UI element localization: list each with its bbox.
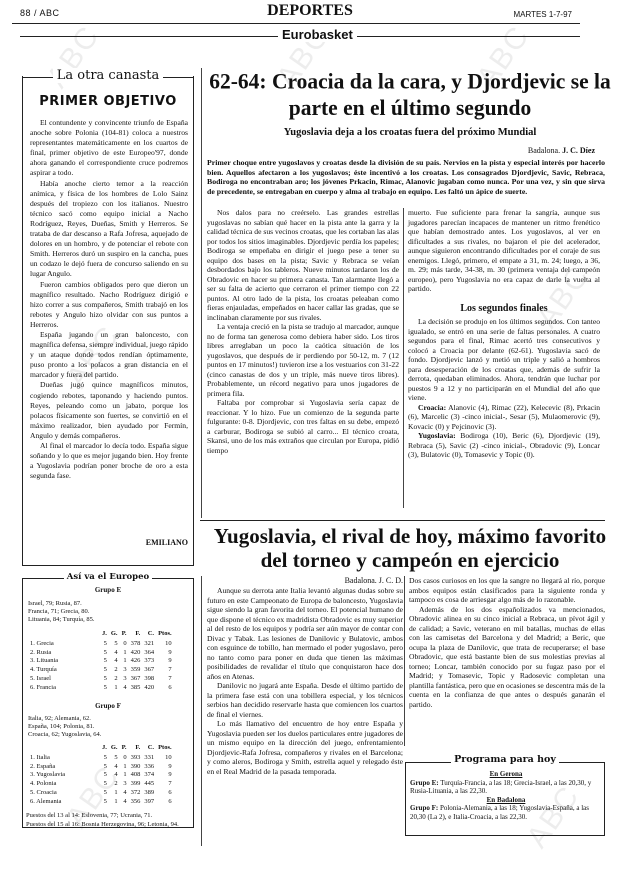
column-header: G.: [109, 744, 120, 754]
standings-table: J. G. P. F. C. Ptos. 1. Grecia5503783211…: [28, 630, 174, 692]
cell: 389: [142, 789, 156, 798]
opinion-headline: PRIMER OBJETIVO: [22, 94, 194, 109]
group-title: Grupo F: [22, 702, 194, 710]
footnote: Puestos del 13 al 14: Eslovenia, 77; Ucr…: [26, 811, 194, 820]
cell: 426: [129, 657, 143, 666]
table-row: 1. Grecia55037832110: [28, 640, 174, 649]
cell: 2: [109, 780, 120, 789]
cell: 7: [156, 666, 174, 675]
table-row: 6. Alemania5143563976: [28, 798, 174, 807]
cell: 420: [142, 684, 156, 693]
article-column-2: Dos casos curiosos en los que la sangre …: [409, 576, 605, 709]
cell: 5: [100, 649, 109, 658]
table-row: 1. Italia55039333110: [28, 754, 174, 763]
cell: 367: [129, 675, 143, 684]
cell: 364: [142, 649, 156, 658]
team-cell: 3. Lituania: [28, 657, 100, 666]
cell: 9: [156, 771, 174, 780]
standings-footnotes: Puestos del 13 al 14: Eslovenia, 77; Ucr…: [26, 811, 194, 829]
cell: 5: [109, 754, 120, 763]
article-column-1: Nos dalos para no creérselo. Las grandes…: [207, 208, 399, 455]
cell: 0: [120, 754, 129, 763]
article-paragraph: Aunque su derrota ante Italia levantó al…: [207, 586, 403, 681]
subsection-bar: Eurobasket: [20, 27, 580, 43]
table-row: 5. Israel5233673987: [28, 675, 174, 684]
program-group: Grupo E:: [410, 779, 439, 787]
team-cell: 4. Polonia: [28, 780, 100, 789]
standings-table: J. G. P. F. C. Ptos. 1. Italia5503933311…: [28, 744, 174, 806]
cell: 5: [100, 798, 109, 807]
opinion-paragraph: Había anoche cierto temor a la reacción …: [30, 179, 188, 280]
program-title-text: Programa para hoy: [451, 754, 559, 765]
column-header: F.: [129, 630, 143, 640]
cell: 1: [120, 649, 129, 658]
result-line: Croacia, 62; Yugoslavia, 64.: [28, 731, 194, 739]
column-header: [28, 630, 100, 640]
table-row: 4. Turquía5233593677: [28, 666, 174, 675]
table-row: 2. Rusia5414203649: [28, 649, 174, 658]
column-header: Ptos.: [156, 744, 174, 754]
article-paragraph: La ventaja creció en la pista se tradujo…: [207, 322, 399, 398]
table-header-row: J. G. P. F. C. Ptos.: [28, 744, 174, 754]
cell: 390: [129, 763, 143, 772]
table-header-row: J. G. P. F. C. Ptos.: [28, 630, 174, 640]
cell: 397: [142, 798, 156, 807]
cell: 5: [100, 666, 109, 675]
program-group: Grupo F:: [410, 804, 438, 812]
column-rule: [404, 576, 405, 746]
standings-title-text: Así va el Europeo: [64, 572, 152, 582]
article-lead: Primer choque entre yugoslavos y croatas…: [207, 158, 605, 196]
group-title: Grupo E: [22, 586, 194, 594]
column-header: [28, 744, 100, 754]
column-header: C.: [142, 744, 156, 754]
opinion-paragraph: España jugando un gran baloncesto, con m…: [30, 330, 188, 380]
cell: 5: [100, 640, 109, 649]
article-subheadline: Yugoslavia deja a los croatas fuera del …: [200, 127, 620, 138]
article-paragraph: Dos casos curiosos en los que la sangre …: [409, 576, 605, 605]
lineup-label: Croacia:: [418, 403, 446, 412]
cell: 9: [156, 763, 174, 772]
cell: 2: [109, 666, 120, 675]
article-headline: 62-64: Croacia da la cara, y Djordjevic …: [200, 69, 620, 122]
cell: 7: [156, 675, 174, 684]
cell: 5: [100, 780, 109, 789]
cell: 374: [142, 771, 156, 780]
opinion-paragraph: Dueñas jugó quince magníficos minutos, c…: [30, 380, 188, 441]
program-body: En Gerona Grupo E: Turquía-Francia, a la…: [410, 770, 602, 822]
cell: 5: [109, 640, 120, 649]
program-title: Programa para hoy: [405, 754, 605, 765]
cell: 1: [120, 657, 129, 666]
table-row: 4. Polonia5233994457: [28, 780, 174, 789]
cell: 373: [142, 657, 156, 666]
result-line: Italia, 92; Alemania, 62.: [28, 715, 194, 723]
cell: 1: [120, 763, 129, 772]
article-subhead: Los segundos finales: [408, 304, 600, 314]
footnote: Puestos del 15 al 16: Bosnia Herzegovina…: [26, 820, 194, 829]
article-paragraph: La decisión se produjo en los últimos se…: [408, 317, 600, 403]
article-paragraph: Danilovic no jugará ante España. Desde e…: [207, 681, 403, 719]
cell: 372: [129, 789, 143, 798]
cell: 7: [156, 780, 174, 789]
program-line: Grupo F: Polonia-Alemania, a las 18; Yug…: [410, 804, 602, 821]
lineup-label: Yugoslavia:: [418, 431, 456, 440]
program-line: Grupo E: Turquía-Francia, a las 18; Grec…: [410, 779, 602, 796]
cell: 9: [156, 649, 174, 658]
table-row: 3. Lituania5414263739: [28, 657, 174, 666]
cell: 5: [100, 763, 109, 772]
group-f: Grupo F Italia, 92; Alemania, 62. España…: [22, 702, 194, 829]
team-cell: 6. Alemania: [28, 798, 100, 807]
cell: 9: [156, 657, 174, 666]
article-paragraph: Lo más llamativo del encuentro de hoy en…: [207, 719, 403, 776]
column-header: G.: [109, 630, 120, 640]
opinion-paragraph: Fueron cambios obligados pero que dieron…: [30, 280, 188, 330]
cell: 398: [142, 675, 156, 684]
column-header: P.: [120, 630, 129, 640]
byline-place: Badalona.: [528, 146, 560, 155]
opinion-paragraph: Al final el marcador lo decía todo. Espa…: [30, 441, 188, 481]
cell: 2: [109, 675, 120, 684]
cell: 4: [120, 798, 129, 807]
table-row: 6. Francia5143854206: [28, 684, 174, 693]
article-paragraph: Además de los dos españolizados va menci…: [409, 605, 605, 710]
team-cell: 2. España: [28, 763, 100, 772]
column-header: F.: [129, 744, 143, 754]
article-column-1: Aunque su derrota ante Italia levantó al…: [207, 586, 403, 776]
cell: 6: [156, 798, 174, 807]
article-headline: Yugoslavia, el rival de hoy, máximo favo…: [200, 524, 620, 572]
result-line: Francia, 71; Grecia, 80.: [28, 608, 194, 616]
article-paragraph: muerto. Fue suficiente para frenar la sa…: [408, 208, 600, 294]
column-header: P.: [120, 744, 129, 754]
team-cell: 6. Francia: [28, 684, 100, 693]
team-cell: 5. Croacia: [28, 789, 100, 798]
cell: 6: [156, 789, 174, 798]
cell: 4: [109, 763, 120, 772]
cell: 4: [120, 789, 129, 798]
result-line: España, 104; Polonia, 81.: [28, 723, 194, 731]
cell: 6: [156, 684, 174, 693]
cell: 445: [142, 780, 156, 789]
team-cell: 1. Italia: [28, 754, 100, 763]
column-rule: [403, 208, 404, 508]
cell: 378: [129, 640, 143, 649]
cell: 0: [120, 640, 129, 649]
cell: 5: [100, 789, 109, 798]
cell: 10: [156, 754, 174, 763]
cell: 4: [120, 684, 129, 693]
cell: 1: [109, 789, 120, 798]
article-divider: [200, 520, 605, 521]
cell: 5: [100, 754, 109, 763]
issue-date: MARTES 1-7-97: [513, 10, 572, 19]
article-column-2: muerto. Fue suficiente para frenar la sa…: [408, 208, 600, 460]
result-line: Israel, 79; Rusia, 87.: [28, 600, 194, 608]
team-cell: 3. Yugoslavia: [28, 771, 100, 780]
cell: 408: [129, 771, 143, 780]
table-row: 2. España5413903369: [28, 763, 174, 772]
cell: 1: [120, 771, 129, 780]
cell: 4: [109, 657, 120, 666]
team-cell: 2. Rusia: [28, 649, 100, 658]
group-results: Italia, 92; Alemania, 62. España, 104; P…: [28, 715, 194, 739]
cell: 4: [109, 649, 120, 658]
article-byline: Badalona. J. C. D.: [207, 576, 403, 585]
column-header: C.: [142, 630, 156, 640]
opinion-paragraph: El contundente y convincente triunfo de …: [30, 118, 188, 179]
lineup-croacia: Croacia: Alanovic (4), Rimac (22), Kelec…: [408, 403, 600, 432]
cell: 336: [142, 763, 156, 772]
cell: 385: [129, 684, 143, 693]
cell: 5: [100, 657, 109, 666]
column-header: J.: [100, 744, 109, 754]
cell: 331: [142, 754, 156, 763]
cell: 1: [109, 798, 120, 807]
group-results: Israel, 79; Rusia, 87. Francia, 71; Grec…: [28, 600, 194, 624]
header-rule: [12, 23, 580, 24]
lineup-yugoslavia: Yugoslavia: Bodiroga (10), Beric (6), Dj…: [408, 431, 600, 460]
cell: 393: [129, 754, 143, 763]
program-venue: En Badalona: [410, 796, 602, 805]
table-row: 5. Croacia5143723896: [28, 789, 174, 798]
cell: 321: [142, 640, 156, 649]
cell: 4: [109, 771, 120, 780]
cell: 3: [120, 666, 129, 675]
cell: 5: [100, 771, 109, 780]
article-paragraph: Faltaba por comprobar si Yugoslavia serí…: [207, 398, 399, 455]
byline-author: J. C. Díez: [562, 146, 595, 155]
cell: 10: [156, 640, 174, 649]
cell: 3: [120, 675, 129, 684]
article-paragraph: Nos dalos para no creérselo. Las grandes…: [207, 208, 399, 322]
opinion-signature: EMILIANO: [30, 538, 188, 547]
cell: 367: [142, 666, 156, 675]
cell: 359: [129, 666, 143, 675]
cell: 420: [129, 649, 143, 658]
opinion-body: El contundente y convincente triunfo de …: [30, 118, 188, 481]
program-venue: En Gerona: [410, 770, 602, 779]
column-header: J.: [100, 630, 109, 640]
column-header: Ptos.: [156, 630, 174, 640]
team-cell: 4. Turquía: [28, 666, 100, 675]
article-byline: Badalona. J. C. Díez: [400, 146, 595, 155]
cell: 399: [129, 780, 143, 789]
group-e: Grupo E Israel, 79; Rusia, 87. Francia, …: [22, 586, 194, 692]
team-cell: 5. Israel: [28, 675, 100, 684]
team-cell: 1. Grecia: [28, 640, 100, 649]
cell: 5: [100, 684, 109, 693]
cell: 356: [129, 798, 143, 807]
standings-title: Así va el Europeo: [22, 572, 194, 582]
result-line: Lituania, 84; Turquía, 85.: [28, 616, 194, 624]
column-rule: [201, 576, 202, 846]
cell: 5: [100, 675, 109, 684]
cell: 3: [120, 780, 129, 789]
cell: 1: [109, 684, 120, 693]
table-row: 3. Yugoslavia5414083749: [28, 771, 174, 780]
subsection-title: Eurobasket: [278, 27, 357, 42]
